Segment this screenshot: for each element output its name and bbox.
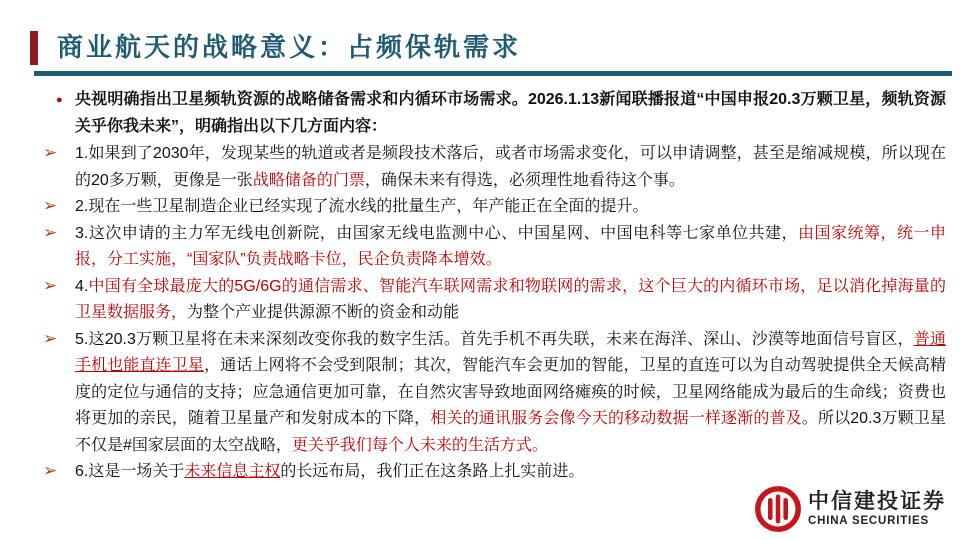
citic-logo-icon [755,486,801,532]
text-segment: 6.这是一场关于 [75,463,184,480]
title-divider [34,71,952,76]
intro-text: 央视明确指出卫星频轨资源的战略储备需求和内循环市场需求。2026.1.13新闻联… [75,91,946,135]
text-segment: 更关乎我们每个人未来的生活方式。 [292,437,548,454]
arrow-bullet-icon: ➢ [43,193,57,220]
arrow-bullet-icon: ➢ [43,458,57,485]
bullet-dot-icon: ● [56,87,63,114]
list-item: ➢6.这是一场关于未来信息主权的长远布局，我们正在这条路上扎实前进。 [43,459,946,486]
slide-header: 商业航天的战略意义：占频保轨需求 [0,0,960,76]
text-segment: 未来信息主权 [184,463,280,480]
text-segment: 3.这次申请的主力军无线电创新院，由国家无线电监测中心、中国星网、中国电科等七家… [75,225,798,242]
title-accent-bar [30,31,38,65]
intro-paragraph: ●央视明确指出卫星频轨资源的战略储备需求和内循环市场需求。2026.1.13新闻… [58,87,946,140]
logo-text: 中信建投证券 CHINA SECURITIES [808,490,946,528]
list-item: ➢3.这次申请的主力军无线电创新院，由国家无线电监测中心、中国星网、中国电科等七… [43,221,946,274]
presentation-slide: 商业航天的战略意义：占频保轨需求 ●央视明确指出卫星频轨资源的战略储备需求和内循… [0,0,960,540]
arrow-bullet-icon: ➢ [43,220,57,247]
slide-body: ●央视明确指出卫星频轨资源的战略储备需求和内循环市场需求。2026.1.13新闻… [58,87,946,486]
text-segment: ，确保未来有得选，必须理性地看待这个事。 [365,172,685,189]
company-logo: 中信建投证券 CHINA SECURITIES [749,486,946,532]
text-segment: 5.这20.3万颗卫星将在未来深刻改变你我的数字生活。首先手机不再失联，未来在海… [75,331,914,348]
arrow-bullet-icon: ➢ [43,140,57,167]
list-item: ➢5.这20.3万颗卫星将在未来深刻改变你我的数字生活。首先手机不再失联，未来在… [43,327,946,460]
logo-name-en: CHINA SECURITIES [808,515,946,528]
list-item: ➢4.中国有全球最庞大的5G/6G的通信需求、智能汽车联网需求和物联网的需求，这… [43,274,946,327]
list-item: ➢2.现在一些卫星制造企业已经实现了流水线的批量生产，年产能正在全面的提升。 [43,194,946,221]
numbered-points-list: ➢1.如果到了2030年，发现某些的轨道或者是频段技术落后，或者市场需求变化，可… [43,141,946,486]
text-segment: 的长远布局，我们正在这条路上扎实前进。 [280,463,584,480]
logo-name-cn: 中信建投证券 [808,490,946,513]
list-item: ➢1.如果到了2030年，发现某些的轨道或者是频段技术落后，或者市场需求变化，可… [43,141,946,194]
text-segment: 4. [75,278,88,295]
arrow-bullet-icon: ➢ [43,273,57,300]
text-segment: 2.现在一些卫星制造企业已经实现了流水线的批量生产，年产能正在全面的提升。 [75,198,648,215]
arrow-bullet-icon: ➢ [43,326,57,353]
text-segment: 战略储备的门票 [253,172,365,189]
text-segment: 为整个产业提供源源不断的资金和动能 [187,304,459,321]
text-segment: 相关的通讯服务会像今天的移动数据一样逐渐的普及 [430,410,801,427]
page-title: 商业航天的战略意义：占频保轨需求 [57,30,960,64]
text-segment: 央视明确指出卫星频轨资源的战略储备需求和内循环市场需求。 [75,91,528,108]
